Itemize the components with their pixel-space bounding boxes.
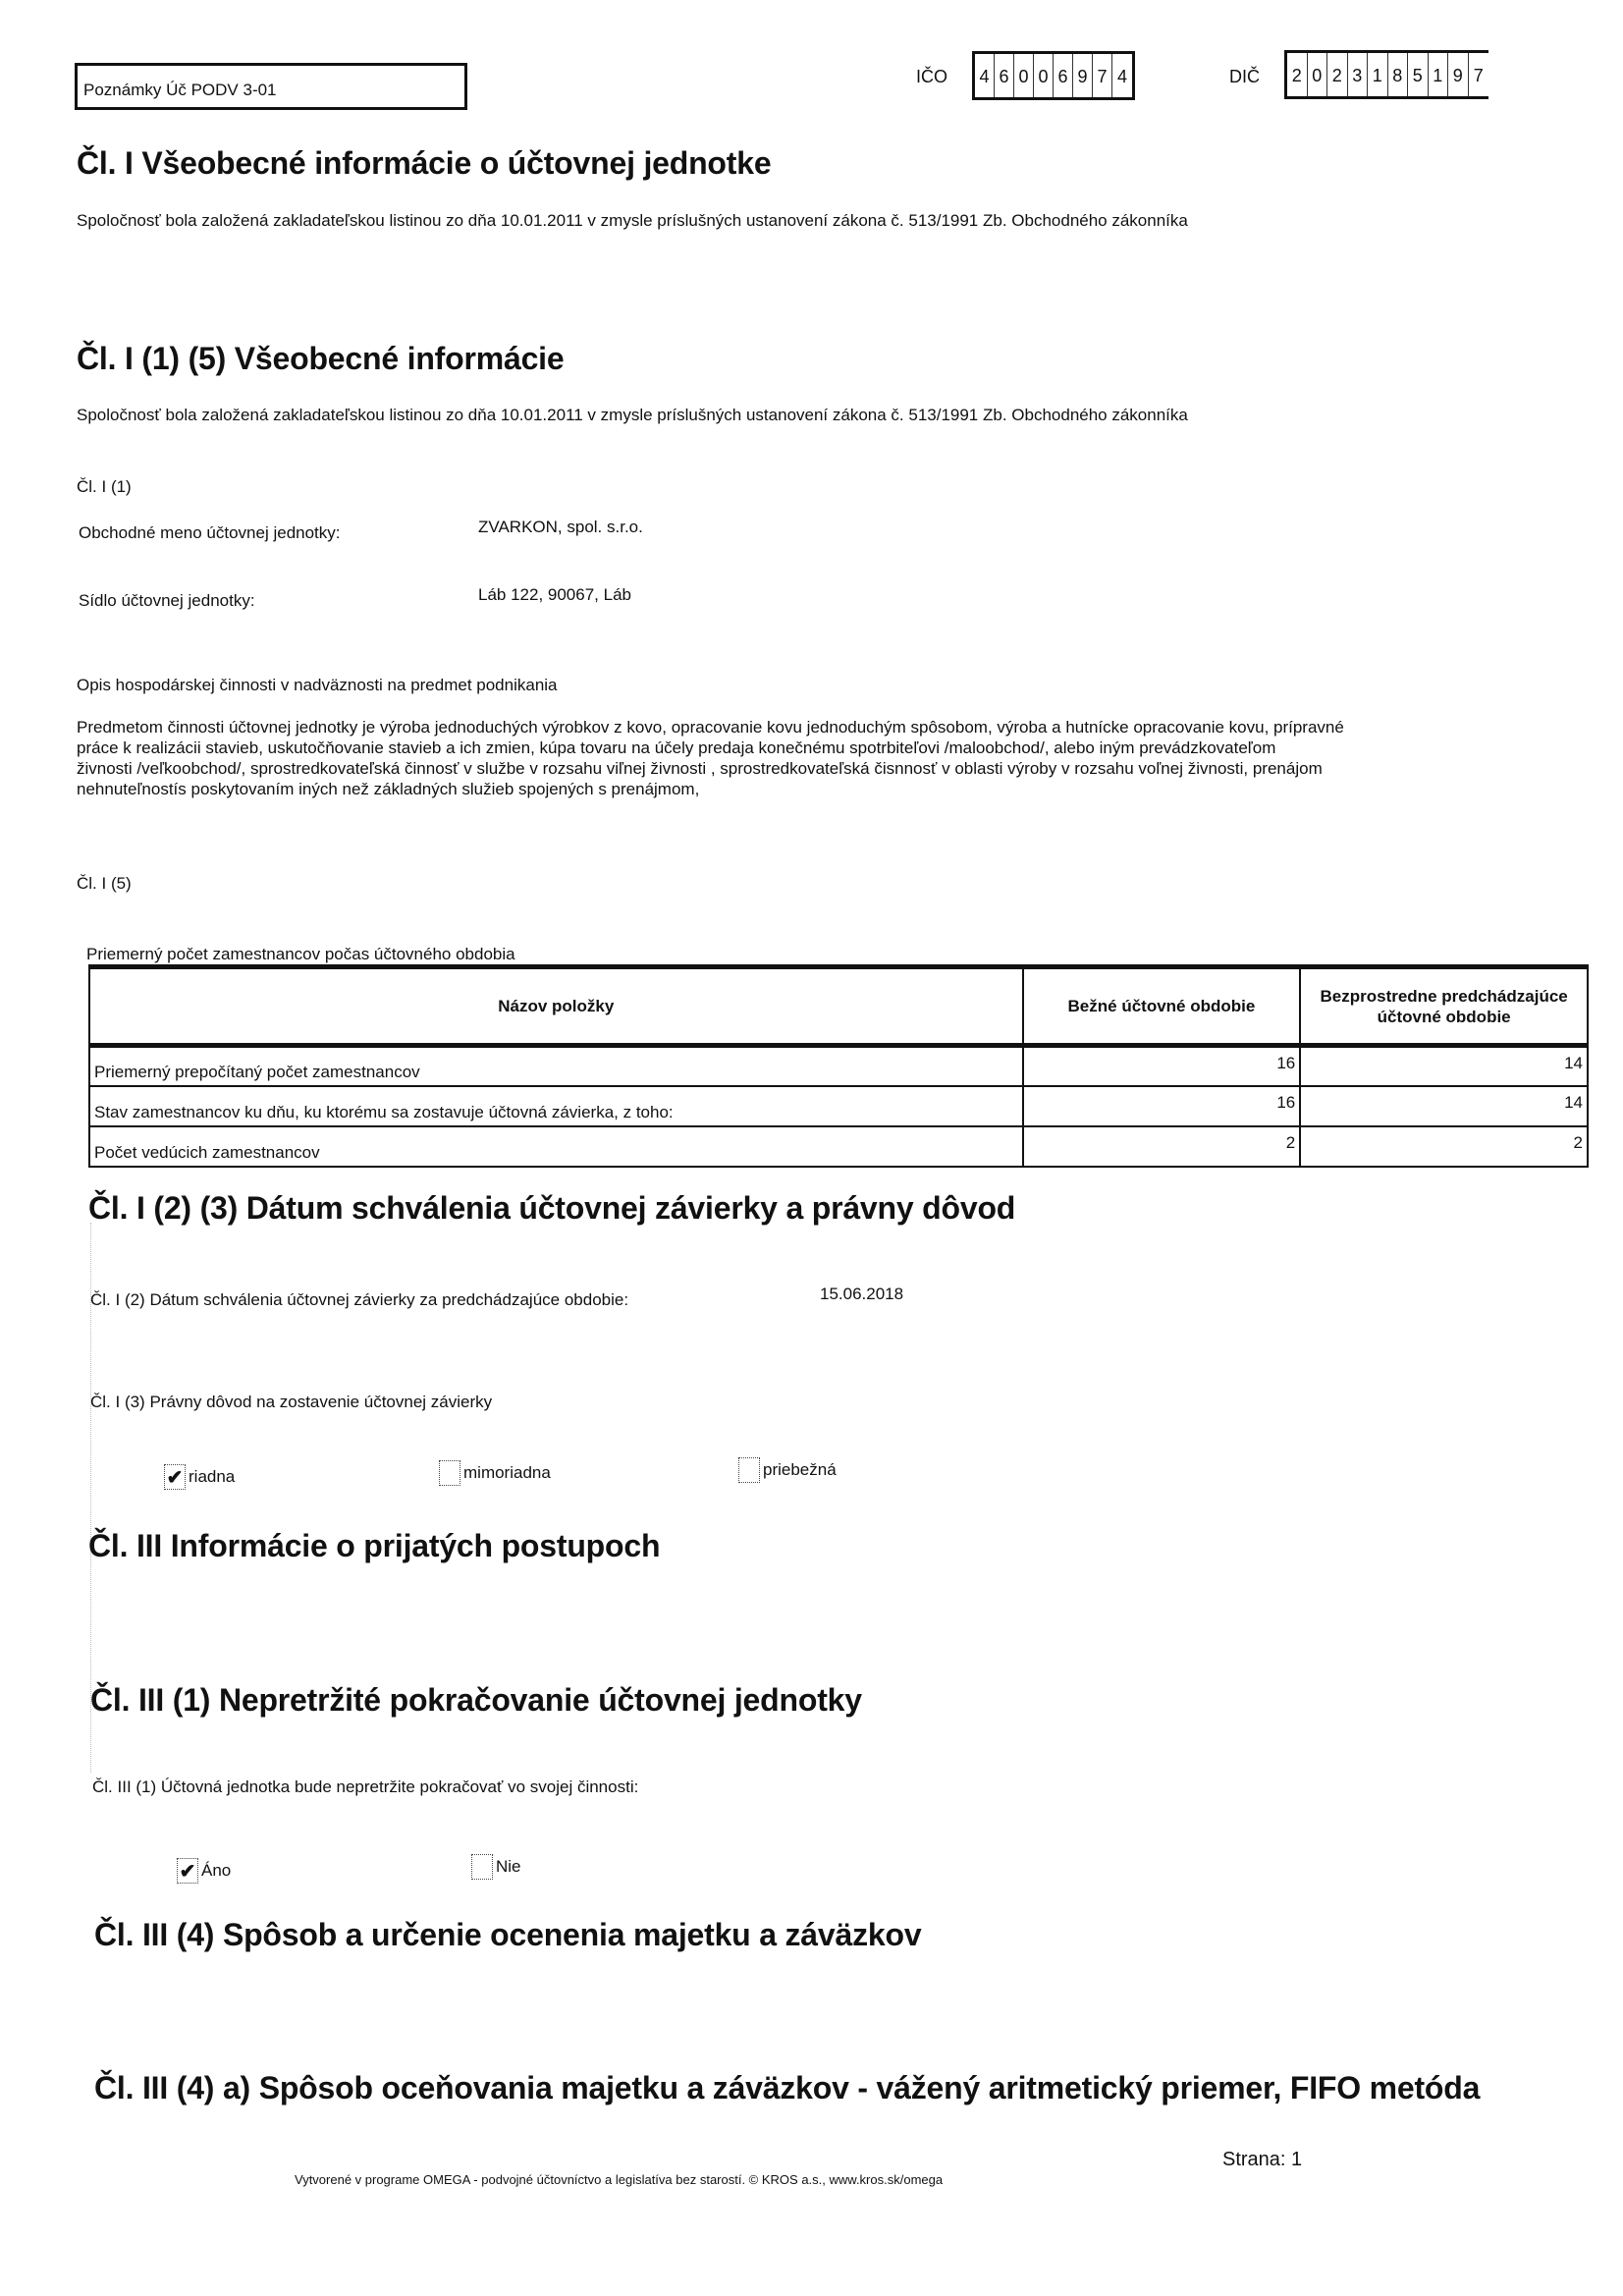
- dic-digit: 7: [1469, 53, 1489, 96]
- dic-digit: 0: [1308, 53, 1328, 96]
- checkbox-label: Áno: [201, 1861, 231, 1881]
- approval-date: 15.06.2018: [820, 1285, 903, 1304]
- ico-digit: 4: [1112, 54, 1132, 97]
- employees-table: Názov položky Bežné účtovné obdobie Bezp…: [88, 964, 1589, 1168]
- row-current: 2: [1023, 1126, 1301, 1167]
- ico-digit: 0: [1034, 54, 1054, 97]
- checkbox-label: riadna: [189, 1467, 235, 1487]
- row-previous: 14: [1300, 1046, 1588, 1086]
- activity-description: Predmetom činnosti účtovnej jednotky je …: [77, 717, 1344, 799]
- empty-checkbox-icon[interactable]: [439, 1460, 460, 1486]
- table-header-row: Názov položky Bežné účtovné obdobie Bezp…: [89, 967, 1588, 1046]
- founding-text: Spoločnosť bola založená zakladateľskou …: [77, 211, 1188, 231]
- ico-digit: 7: [1093, 54, 1112, 97]
- row-current: 16: [1023, 1046, 1301, 1086]
- dic-digit: 8: [1388, 53, 1409, 96]
- form-id-box: Poznámky Úč PODV 3-01: [75, 63, 467, 110]
- cl-i-1-label: Čl. I (1): [77, 477, 132, 497]
- section-title-approval: Čl. I (2) (3) Dátum schválenia účtovnej …: [88, 1190, 1015, 1227]
- dic-digit: 2: [1287, 53, 1308, 96]
- ico-digit: 6: [995, 54, 1014, 97]
- company-name-label: Obchodné meno účtovnej jednotky:: [79, 523, 341, 543]
- activity-line: nehnuteľnostís poskytovaním iných než zá…: [77, 779, 1344, 799]
- page-number: Strana: 1: [1222, 2149, 1302, 2171]
- section-title-valuation: Čl. III (4) Spôsob a určenie ocenenia ma…: [94, 1917, 921, 1953]
- company-name-value: ZVARKON, spol. s.r.o.: [478, 518, 643, 537]
- column-header-previous-period: Bezprostredne predchádzajúce účtovné obd…: [1300, 967, 1588, 1046]
- section-title-continuity: Čl. III (1) Nepretržité pokračovanie účt…: [90, 1682, 862, 1719]
- checkbox-nie[interactable]: Nie: [471, 1854, 521, 1880]
- checkbox-priebezna[interactable]: priebežná: [738, 1457, 837, 1483]
- table-row: Počet vedúcich zamestnancov 2 2: [89, 1126, 1588, 1167]
- activity-label: Opis hospodárskej činnosti v nadväznosti…: [77, 676, 558, 695]
- checkbox-label: Nie: [496, 1857, 521, 1877]
- checkbox-ano[interactable]: ✔ Áno: [177, 1858, 231, 1884]
- section-title-general-info: Čl. I Všeobecné informácie o účtovnej je…: [77, 145, 771, 182]
- checkbox-label: priebežná: [763, 1460, 837, 1480]
- ico-label: IČO: [916, 67, 947, 87]
- employees-caption: Priemerný počet zamestnancov počas účtov…: [86, 945, 515, 964]
- row-name: Priemerný prepočítaný počet zamestnancov: [89, 1046, 1023, 1086]
- ico-digits: 4 6 0 0 6 9 7 4: [972, 51, 1135, 100]
- empty-checkbox-icon[interactable]: [738, 1457, 760, 1483]
- checkbox-riadna[interactable]: ✔ riadna: [164, 1464, 235, 1490]
- ico-digit: 4: [975, 54, 995, 97]
- activity-line: Predmetom činnosti účtovnej jednotky je …: [77, 717, 1344, 738]
- column-header-current-period: Bežné účtovné obdobie: [1023, 967, 1301, 1046]
- row-name: Počet vedúcich zamestnancov: [89, 1126, 1023, 1167]
- dic-digit: 9: [1448, 53, 1469, 96]
- ico-digit: 0: [1014, 54, 1034, 97]
- section-title-valuation-method: Čl. III (4) a) Spôsob oceňovania majetku…: [94, 2070, 1480, 2106]
- approval-label: Čl. I (2) Dátum schválenia účtovnej závi…: [90, 1290, 628, 1310]
- dic-digit: 1: [1429, 53, 1449, 96]
- activity-line: živnosti /veľkoobchod/, sprostredkovateľ…: [77, 758, 1344, 779]
- seat-value: Láb 122, 90067, Láb: [478, 585, 631, 605]
- footer-credit: Vytvorené v programe OMEGA - podvojné úč…: [295, 2172, 943, 2187]
- dic-digit: 3: [1348, 53, 1369, 96]
- section-title-procedures: Čl. III Informácie o prijatých postupoch: [88, 1528, 660, 1564]
- check-icon[interactable]: ✔: [164, 1464, 186, 1490]
- checkbox-label: mimoriadna: [463, 1463, 551, 1483]
- dic-digit: 2: [1327, 53, 1348, 96]
- dic-digit: 1: [1368, 53, 1388, 96]
- row-current: 16: [1023, 1086, 1301, 1126]
- row-previous: 14: [1300, 1086, 1588, 1126]
- table-row: Priemerný prepočítaný počet zamestnancov…: [89, 1046, 1588, 1086]
- dic-label: DIČ: [1229, 67, 1260, 87]
- seat-label: Sídlo účtovnej jednotky:: [79, 591, 255, 611]
- column-header-item-name: Názov položky: [89, 967, 1023, 1046]
- section-title-general-info-1-5: Čl. I (1) (5) Všeobecné informácie: [77, 341, 564, 377]
- checkbox-mimoriadna[interactable]: mimoriadna: [439, 1460, 551, 1486]
- row-name: Stav zamestnancov ku dňu, ku ktorému sa …: [89, 1086, 1023, 1126]
- ico-digit: 6: [1054, 54, 1073, 97]
- continuity-label: Čl. III (1) Účtovná jednotka bude nepret…: [92, 1777, 638, 1797]
- ico-digit: 9: [1073, 54, 1093, 97]
- activity-line: práce k realizácii stavieb, uskutočňovan…: [77, 738, 1344, 758]
- check-icon[interactable]: ✔: [177, 1858, 198, 1884]
- dic-digit: 5: [1408, 53, 1429, 96]
- cl-i-5-label: Čl. I (5): [77, 874, 132, 894]
- table-row: Stav zamestnancov ku dňu, ku ktorému sa …: [89, 1086, 1588, 1126]
- form-id: Poznámky Úč PODV 3-01: [83, 81, 277, 99]
- dic-digits: 2 0 2 3 1 8 5 1 9 7: [1284, 50, 1488, 99]
- legal-reason-label: Čl. I (3) Právny dôvod na zostavenie účt…: [90, 1393, 492, 1412]
- empty-checkbox-icon[interactable]: [471, 1854, 493, 1880]
- founding-text-2: Spoločnosť bola založená zakladateľskou …: [77, 406, 1188, 425]
- row-previous: 2: [1300, 1126, 1588, 1167]
